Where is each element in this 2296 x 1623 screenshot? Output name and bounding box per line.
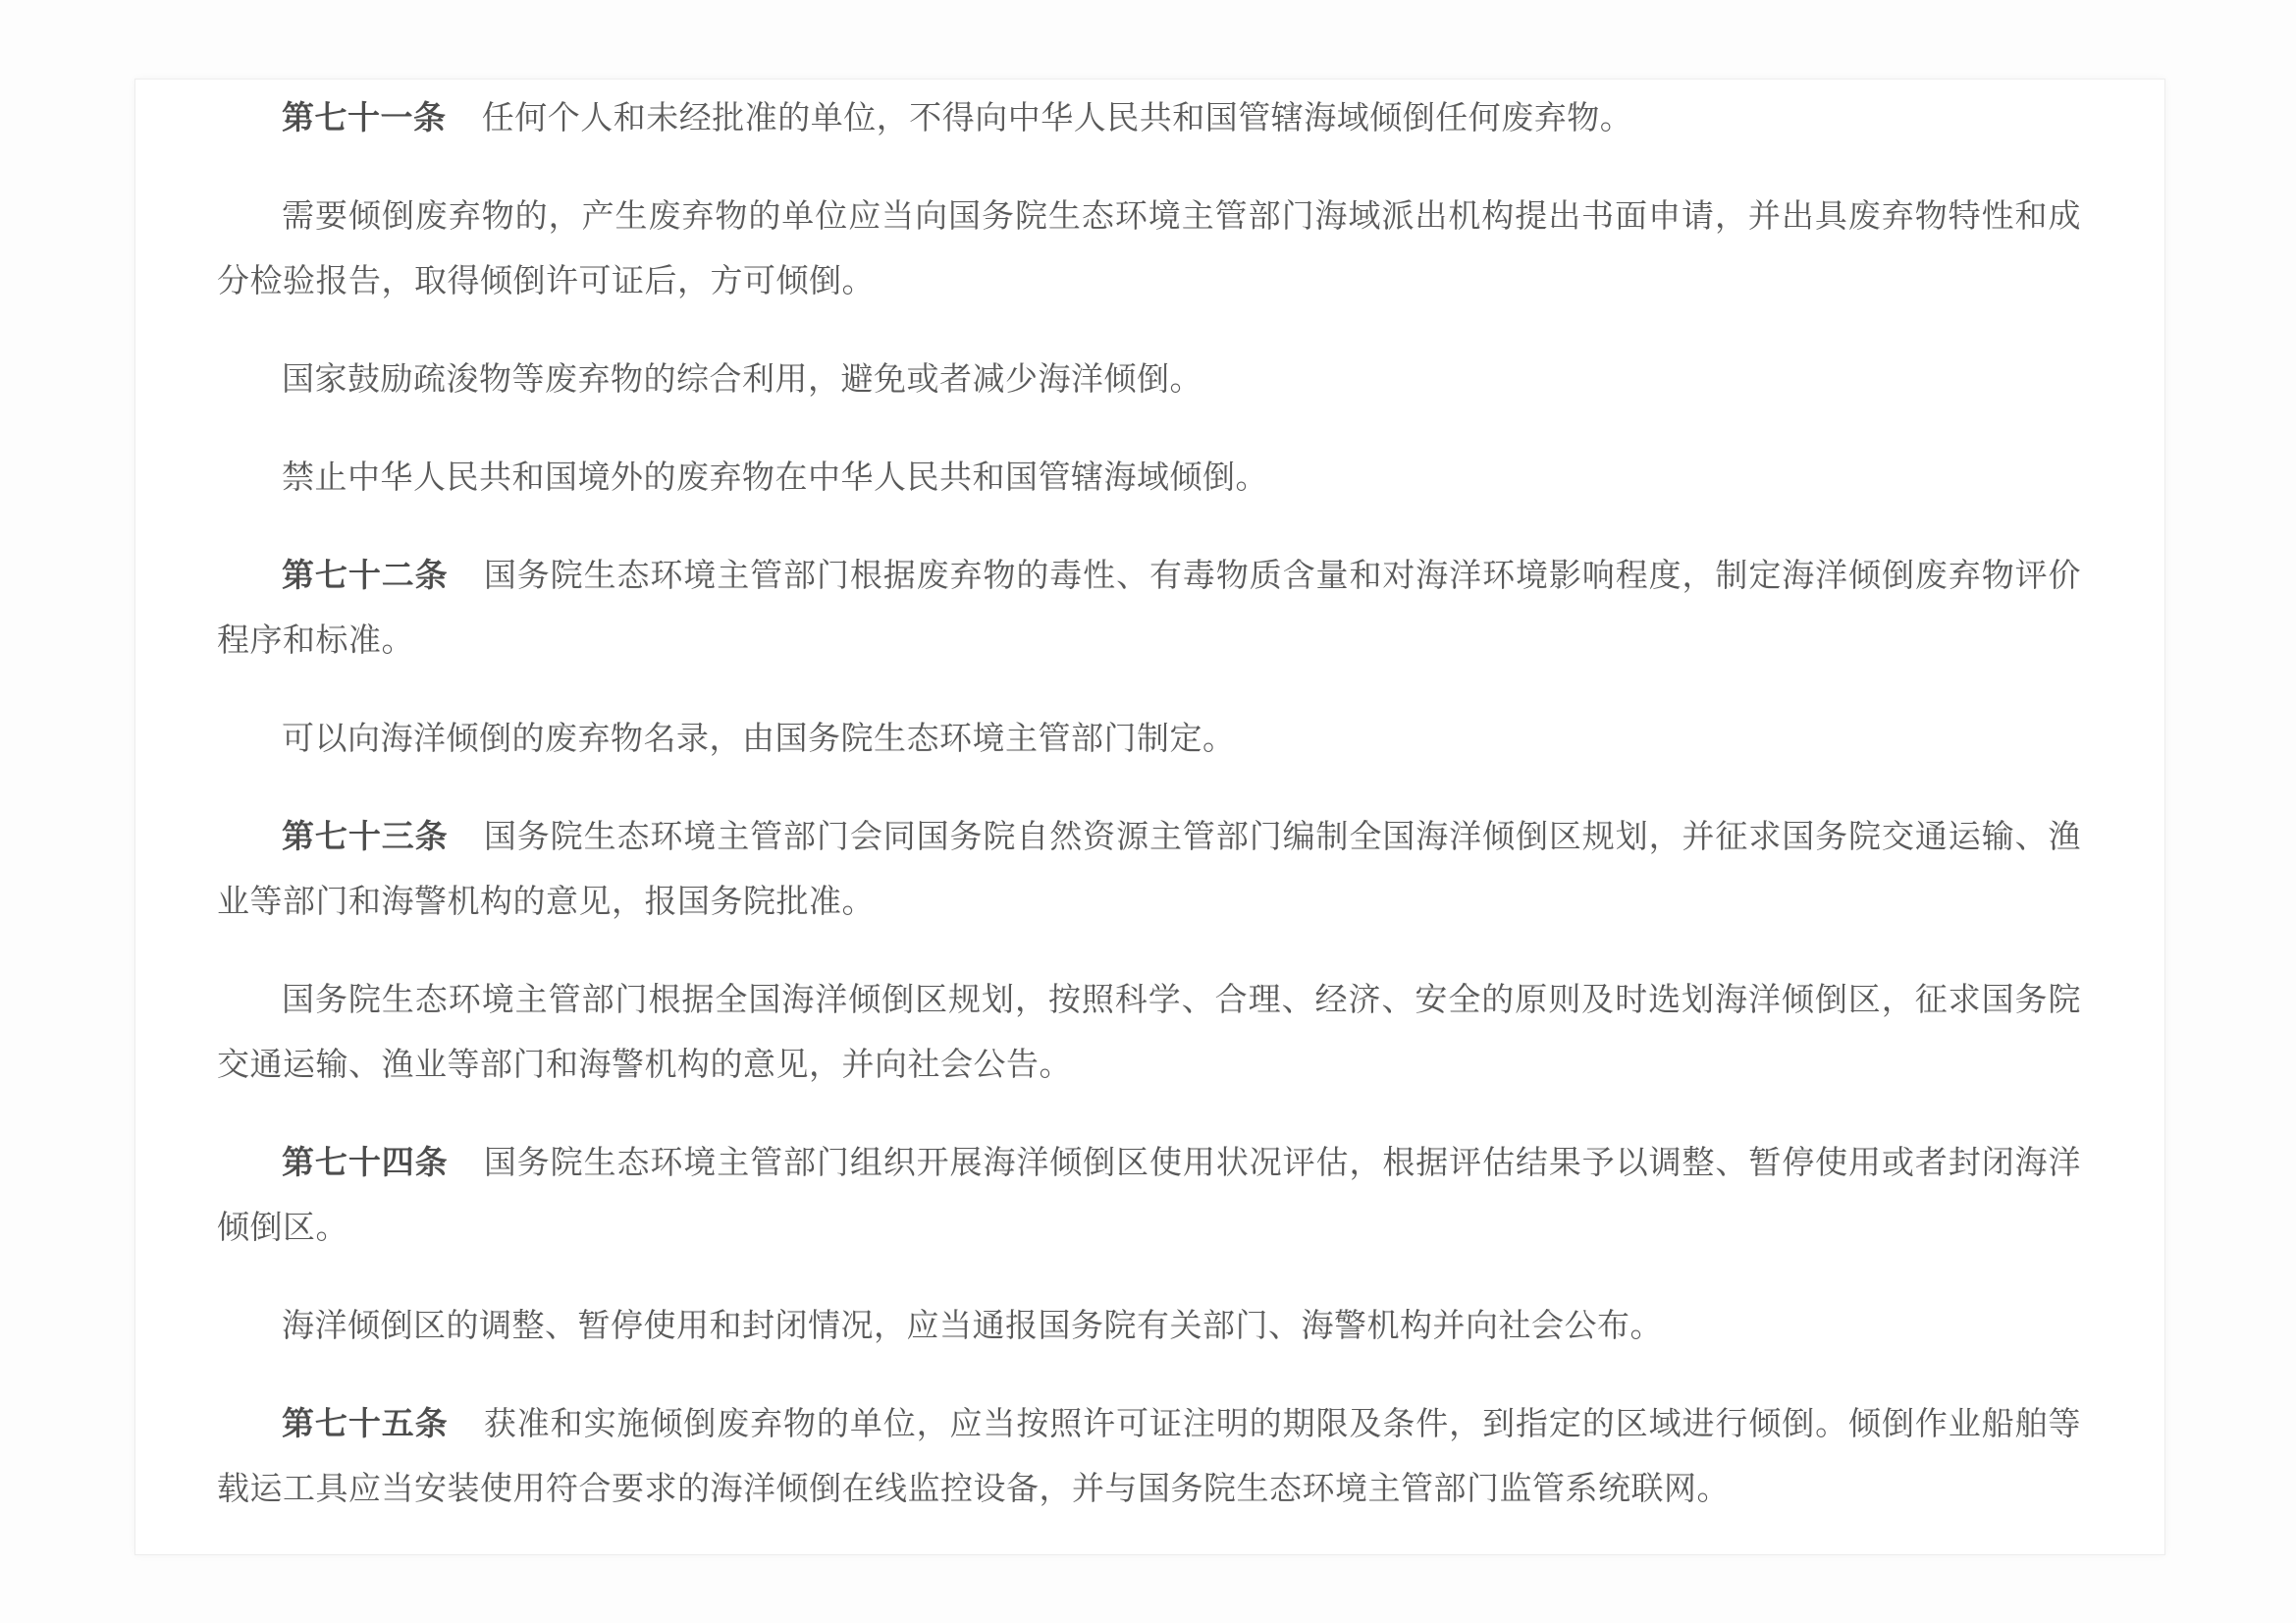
law-paragraph: 第七十四条国务院生态环境主管部门组织开展海洋倾倒区使用状况评估，根据评估结果予以… <box>217 1130 2081 1260</box>
law-paragraph: 第七十二条国务院生态环境主管部门根据废弃物的毒性、有毒物质含量和对海洋环境影响程… <box>217 543 2081 673</box>
paragraph-text: 国务院生态环境主管部门根据废弃物的毒性、有毒物质含量和对海洋环境影响程度，制定海… <box>217 557 2081 658</box>
paragraph-text: 可以向海洋倾倒的废弃物名录，由国务院生态环境主管部门制定。 <box>282 720 1236 756</box>
paragraph-text: 国家鼓励疏浚物等废弃物的综合利用，避免或者减少海洋倾倒。 <box>282 360 1202 397</box>
article-number: 第七十五条 <box>282 1405 449 1441</box>
paragraph-text: 国务院生态环境主管部门根据全国海洋倾倒区规划，按照科学、合理、经济、安全的原则及… <box>217 981 2081 1082</box>
paragraph-text: 国务院生态环境主管部门组织开展海洋倾倒区使用状况评估，根据评估结果予以调整、暂停… <box>217 1144 2081 1245</box>
paragraph-text: 国务院生态环境主管部门会同国务院自然资源主管部门编制全国海洋倾倒区规划，并征求国… <box>217 818 2081 919</box>
article-number: 第七十四条 <box>282 1144 449 1180</box>
document-page: 第七十一条任何个人和未经批准的单位，不得向中华人民共和国管辖海域倾倒任何废弃物。… <box>134 79 2165 1555</box>
law-paragraph: 第七十五条获准和实施倾倒废弃物的单位，应当按照许可证注明的期限及条件，到指定的区… <box>217 1391 2081 1521</box>
paragraph-text: 海洋倾倒区的调整、暂停使用和封闭情况，应当通报国务院有关部门、海警机构并向社会公… <box>282 1307 1663 1343</box>
law-paragraph: 国务院生态环境主管部门根据全国海洋倾倒区规划，按照科学、合理、经济、安全的原则及… <box>217 967 2081 1097</box>
law-paragraph: 第七十三条国务院生态环境主管部门会同国务院自然资源主管部门编制全国海洋倾倒区规划… <box>217 804 2081 934</box>
article-number: 第七十三条 <box>282 818 449 854</box>
law-paragraph: 需要倾倒废弃物的，产生废弃物的单位应当向国务院生态环境主管部门海域派出机构提出书… <box>217 184 2081 313</box>
paragraph-text: 需要倾倒废弃物的，产生废弃物的单位应当向国务院生态环境主管部门海域派出机构提出书… <box>217 197 2081 298</box>
law-paragraph: 禁止中华人民共和国境外的废弃物在中华人民共和国管辖海域倾倒。 <box>217 445 2081 510</box>
article-number: 第七十一条 <box>282 99 447 135</box>
law-paragraph: 第七十一条任何个人和未经批准的单位，不得向中华人民共和国管辖海域倾倒任何废弃物。 <box>217 85 2081 150</box>
paragraph-text: 禁止中华人民共和国境外的废弃物在中华人民共和国管辖海域倾倒。 <box>282 459 1268 495</box>
browser-content-area: 第七十一条任何个人和未经批准的单位，不得向中华人民共和国管辖海域倾倒任何废弃物。… <box>0 0 2296 1623</box>
law-paragraph: 可以向海洋倾倒的废弃物名录，由国务院生态环境主管部门制定。 <box>217 706 2081 771</box>
law-paragraph: 海洋倾倒区的调整、暂停使用和封闭情况，应当通报国务院有关部门、海警机构并向社会公… <box>217 1293 2081 1358</box>
paragraph-text: 任何个人和未经批准的单位，不得向中华人民共和国管辖海域倾倒任何废弃物。 <box>482 99 1633 135</box>
article-number: 第七十二条 <box>282 557 449 593</box>
law-text-body: 第七十一条任何个人和未经批准的单位，不得向中华人民共和国管辖海域倾倒任何废弃物。… <box>217 85 2081 1521</box>
law-paragraph: 国家鼓励疏浚物等废弃物的综合利用，避免或者减少海洋倾倒。 <box>217 347 2081 411</box>
paragraph-text: 获准和实施倾倒废弃物的单位，应当按照许可证注明的期限及条件，到指定的区域进行倾倒… <box>217 1405 2081 1506</box>
